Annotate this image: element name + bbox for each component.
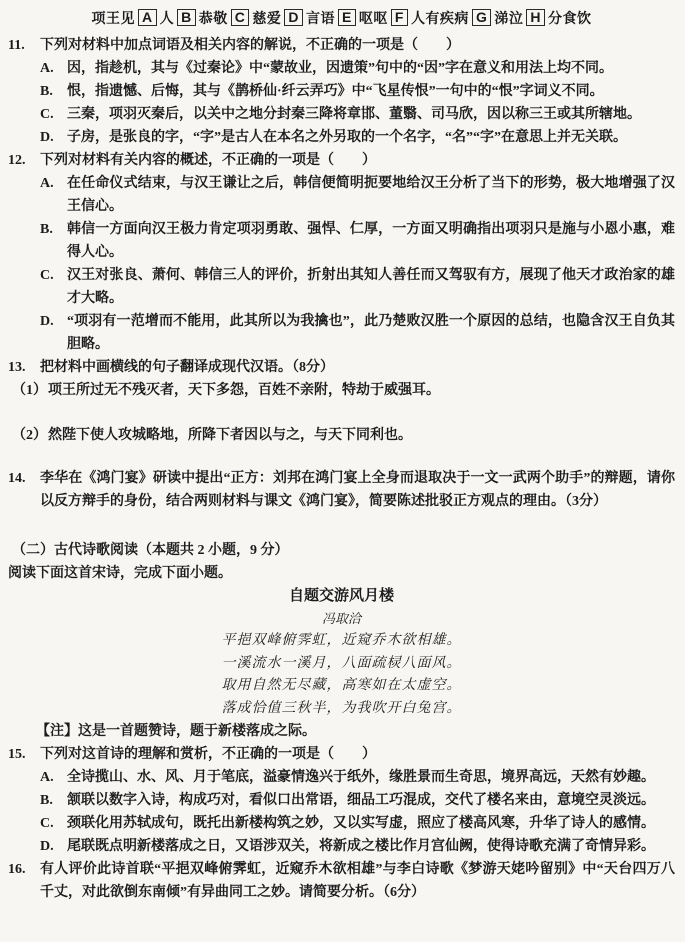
boxed-letter-f: F	[391, 9, 408, 26]
option-label: B.	[40, 80, 67, 103]
question-12-number: 12.	[8, 149, 40, 356]
annotation-text-b: 恭敬	[199, 12, 228, 27]
question-13-body: 把材料中画横线的句子翻译成现代汉语。（8分）	[40, 356, 675, 379]
answer-space	[8, 513, 675, 539]
boxed-letter-h: H	[526, 9, 545, 26]
question-15-option-a: A. 全诗揽山、水、风、月于笔底，溢豪情逸兴于纸外，缘胜景而生奇思，境界高远，天…	[40, 766, 675, 789]
boxed-letter-g: G	[472, 9, 491, 26]
note-label: 【注】	[36, 720, 78, 743]
question-12-stem: 下列对材料有关内容的概述，不正确的一项是（ ）	[40, 149, 675, 172]
option-text: 韩信一方面向汉王极力肯定项羽勇敢、强悍、仁厚，一方面又明确指出项羽只是施与小恩小…	[67, 218, 675, 264]
question-11-body: 下列对材料中加点词语及相关内容的解说，不正确的一项是（ ） A. 因，指趁机，其…	[40, 34, 675, 149]
question-15-number: 15.	[8, 743, 40, 858]
annotation-text-a: 人	[160, 12, 175, 27]
question-13-part-1: （1） 项王所过无不残灭者，天下多怨，百姓不亲附，特劫于威强耳。	[8, 379, 675, 402]
option-label: D.	[40, 126, 67, 149]
annotation-text-g: 涕泣	[494, 12, 523, 27]
option-text: 汉王对张良、萧何、韩信三人的评价，折射出其知人善任而又驾驭有方，展现了他天才政治…	[67, 264, 675, 310]
poem-line-4: 落成恰值三秋半，为我吹开白兔宫。	[8, 698, 675, 721]
option-text: 因，指趁机，其与《过秦论》中“蒙故业，因遗策”句中的“因”字在意义和用法上均不同…	[67, 57, 675, 80]
question-11-option-d: D. 子房，是张良的字，“字”是古人在本名之外另取的一个名字，“名”“字”在意思…	[40, 126, 675, 149]
answer-space	[8, 402, 675, 424]
option-label: A.	[40, 57, 67, 80]
option-label: B.	[40, 789, 67, 812]
question-12-option-a: A. 在任命仪式结束，与汉王谦让之后，韩信便简明扼要地给汉王分析了当下的形势，极…	[40, 172, 675, 218]
question-14-number: 14.	[8, 467, 40, 513]
question-12-body: 下列对材料有关内容的概述，不正确的一项是（ ） A. 在任命仪式结束，与汉王谦让…	[40, 149, 675, 356]
poem-line-1: 平挹双峰俯霁虹，近窥乔木欲相雄。	[8, 630, 675, 653]
question-11-option-c: C. 三秦，项羽灭秦后，以关中之地分封秦三降将章邯、董翳、司马欣，因以称三王或其…	[40, 103, 675, 126]
option-label: C.	[40, 812, 67, 835]
annotation-text-h: 分食饮	[548, 12, 592, 27]
question-15-option-d: D. 尾联既点明新楼落成之日，又语涉双关，将新成之楼比作月宫仙阙，使得诗歌充满了…	[40, 835, 675, 858]
question-14-stem: 李华在《鸿门宴》研读中提出“正方：刘邦在鸿门宴上全身而退取决于一文一武两个助手”…	[40, 467, 675, 513]
poem-title: 自题交游风月楼	[8, 585, 675, 608]
option-label: C.	[40, 264, 67, 310]
poem-note: 【注】 这是一首题赞诗，题于新楼落成之际。	[8, 720, 675, 743]
section-2-heading: （二）古代诗歌阅读（本题共 2 小题，9 分）	[8, 539, 675, 562]
note-text: 这是一首题赞诗，题于新楼落成之际。	[78, 720, 316, 743]
question-15-option-b: B. 颔联以数字入诗，构成巧对，看似口出常语，细品工巧混成，交代了楼名来由，意境…	[40, 789, 675, 812]
annotation-options-line: 项王见A人B恭敬C慈爱D言语E呕呕F人有疾病G涕泣H分食饮	[8, 8, 675, 31]
question-12-option-d: D. “项羽有一范增而不能用，此其所以为我擒也”，此乃楚败汉胜一个原因的总结，也…	[40, 310, 675, 356]
annotation-text-c: 慈爱	[252, 12, 281, 27]
annotation-text-e: 呕呕	[359, 12, 388, 27]
annotation-text-d: 言语	[306, 12, 335, 27]
option-text: 颈联化用苏轼成句，既托出新楼构筑之妙，又以实写虚，照应了楼高风寒，升华了诗人的感…	[67, 812, 675, 835]
option-label: A.	[40, 766, 67, 789]
annotation-prefix: 项王见	[92, 12, 136, 27]
option-text: 在任命仪式结束，与汉王谦让之后，韩信便简明扼要地给汉王分析了当下的形势，极大地增…	[67, 172, 675, 218]
poem-line-2: 一溪流水一溪月，八面疏棂八面风。	[8, 653, 675, 676]
part-label: （1）	[12, 379, 48, 402]
poem-line-3: 取用自然无尽藏，高寒如在太虚空。	[8, 675, 675, 698]
option-text: 全诗揽山、水、风、月于笔底，溢豪情逸兴于纸外，缘胜景而生奇思，境界高远，天然有妙…	[67, 766, 675, 789]
section-2-intro: 阅读下面这首宋诗，完成下面小题。	[8, 562, 675, 585]
part-label: （2）	[12, 424, 48, 447]
question-11-option-b: B. 恨，指遗憾、后悔，其与《鹊桥仙·纤云弄巧》中“飞星传恨”一句中的“恨”字词…	[40, 80, 675, 103]
question-12-option-b: B. 韩信一方面向汉王极力肯定项羽勇敢、强悍、仁厚，一方面又明确指出项羽只是施与…	[40, 218, 675, 264]
question-13-number: 13.	[8, 356, 40, 379]
option-text: 颔联以数字入诗，构成巧对，看似口出常语，细品工巧混成，交代了楼名来由，意境空灵淡…	[67, 789, 675, 812]
part-text: 然陛下使人攻城略地，所降下者因以与之，与天下同利也。	[48, 424, 412, 447]
question-15-body: 下列对这首诗的理解和赏析，不正确的一项是（ ） A. 全诗揽山、水、风、月于笔底…	[40, 743, 675, 858]
question-13-part-2: （2） 然陛下使人攻城略地，所降下者因以与之，与天下同利也。	[8, 424, 675, 447]
question-16: 16. 有人评价此诗首联“平挹双峰俯霁虹，近窥乔木欲相雄”与李白诗歌《梦游天姥吟…	[8, 858, 675, 904]
part-text: 项王所过无不残灭者，天下多怨，百姓不亲附，特劫于威强耳。	[48, 379, 440, 402]
boxed-letter-a: A	[138, 9, 157, 26]
option-label: B.	[40, 218, 67, 264]
option-text: “项羽有一范增而不能用，此其所以为我擒也”，此乃楚败汉胜一个原因的总结，也隐含汉…	[67, 310, 675, 356]
poem-author: 冯取洽	[8, 608, 675, 630]
question-15: 15. 下列对这首诗的理解和赏析，不正确的一项是（ ） A. 全诗揽山、水、风、…	[8, 743, 675, 858]
question-15-stem: 下列对这首诗的理解和赏析，不正确的一项是（ ）	[40, 743, 675, 766]
exam-page: 项王见A人B恭敬C慈爱D言语E呕呕F人有疾病G涕泣H分食饮 11. 下列对材料中…	[0, 0, 685, 942]
option-text: 尾联既点明新楼落成之日，又语涉双关，将新成之楼比作月宫仙阙，使得诗歌充满了奇情异…	[67, 835, 675, 858]
option-text: 恨，指遗憾、后悔，其与《鹊桥仙·纤云弄巧》中“飞星传恨”一句中的“恨”字词义不同…	[67, 80, 675, 103]
question-12: 12. 下列对材料有关内容的概述，不正确的一项是（ ） A. 在任命仪式结束，与…	[8, 149, 675, 356]
boxed-letter-c: C	[231, 9, 250, 26]
question-16-number: 16.	[8, 858, 40, 904]
annotation-text-f: 人有疾病	[411, 12, 469, 27]
option-label: A.	[40, 172, 67, 218]
boxed-letter-e: E	[338, 9, 356, 26]
question-16-stem: 有人评价此诗首联“平挹双峰俯霁虹，近窥乔木欲相雄”与李白诗歌《梦游天姥吟留别》中…	[40, 858, 675, 904]
question-12-option-c: C. 汉王对张良、萧何、韩信三人的评价，折射出其知人善任而又驾驭有方，展现了他天…	[40, 264, 675, 310]
question-11-option-a: A. 因，指趁机，其与《过秦论》中“蒙故业，因遗策”句中的“因”字在意义和用法上…	[40, 57, 675, 80]
question-11: 11. 下列对材料中加点词语及相关内容的解说，不正确的一项是（ ） A. 因，指…	[8, 34, 675, 149]
question-11-stem: 下列对材料中加点词语及相关内容的解说，不正确的一项是（ ）	[40, 34, 675, 57]
boxed-letter-b: B	[177, 9, 196, 26]
question-16-body: 有人评价此诗首联“平挹双峰俯霁虹，近窥乔木欲相雄”与李白诗歌《梦游天姥吟留别》中…	[40, 858, 675, 904]
question-15-option-c: C. 颈联化用苏轼成句，既托出新楼构筑之妙，又以实写虚，照应了楼高风寒，升华了诗…	[40, 812, 675, 835]
question-13-stem: 把材料中画横线的句子翻译成现代汉语。（8分）	[40, 356, 675, 379]
boxed-letter-d: D	[284, 9, 303, 26]
option-text: 三秦，项羽灭秦后，以关中之地分封秦三降将章邯、董翳、司马欣，因以称三王或其所辖地…	[67, 103, 675, 126]
question-14: 14. 李华在《鸿门宴》研读中提出“正方：刘邦在鸿门宴上全身而退取决于一文一武两…	[8, 467, 675, 513]
question-13: 13. 把材料中画横线的句子翻译成现代汉语。（8分）	[8, 356, 675, 379]
option-label: D.	[40, 310, 67, 356]
option-text: 子房，是张良的字，“字”是古人在本名之外另取的一个名字，“名”“字”在意思上并无…	[67, 126, 675, 149]
question-11-number: 11.	[8, 34, 40, 149]
answer-space	[8, 447, 675, 467]
option-label: D.	[40, 835, 67, 858]
question-14-body: 李华在《鸿门宴》研读中提出“正方：刘邦在鸿门宴上全身而退取决于一文一武两个助手”…	[40, 467, 675, 513]
option-label: C.	[40, 103, 67, 126]
